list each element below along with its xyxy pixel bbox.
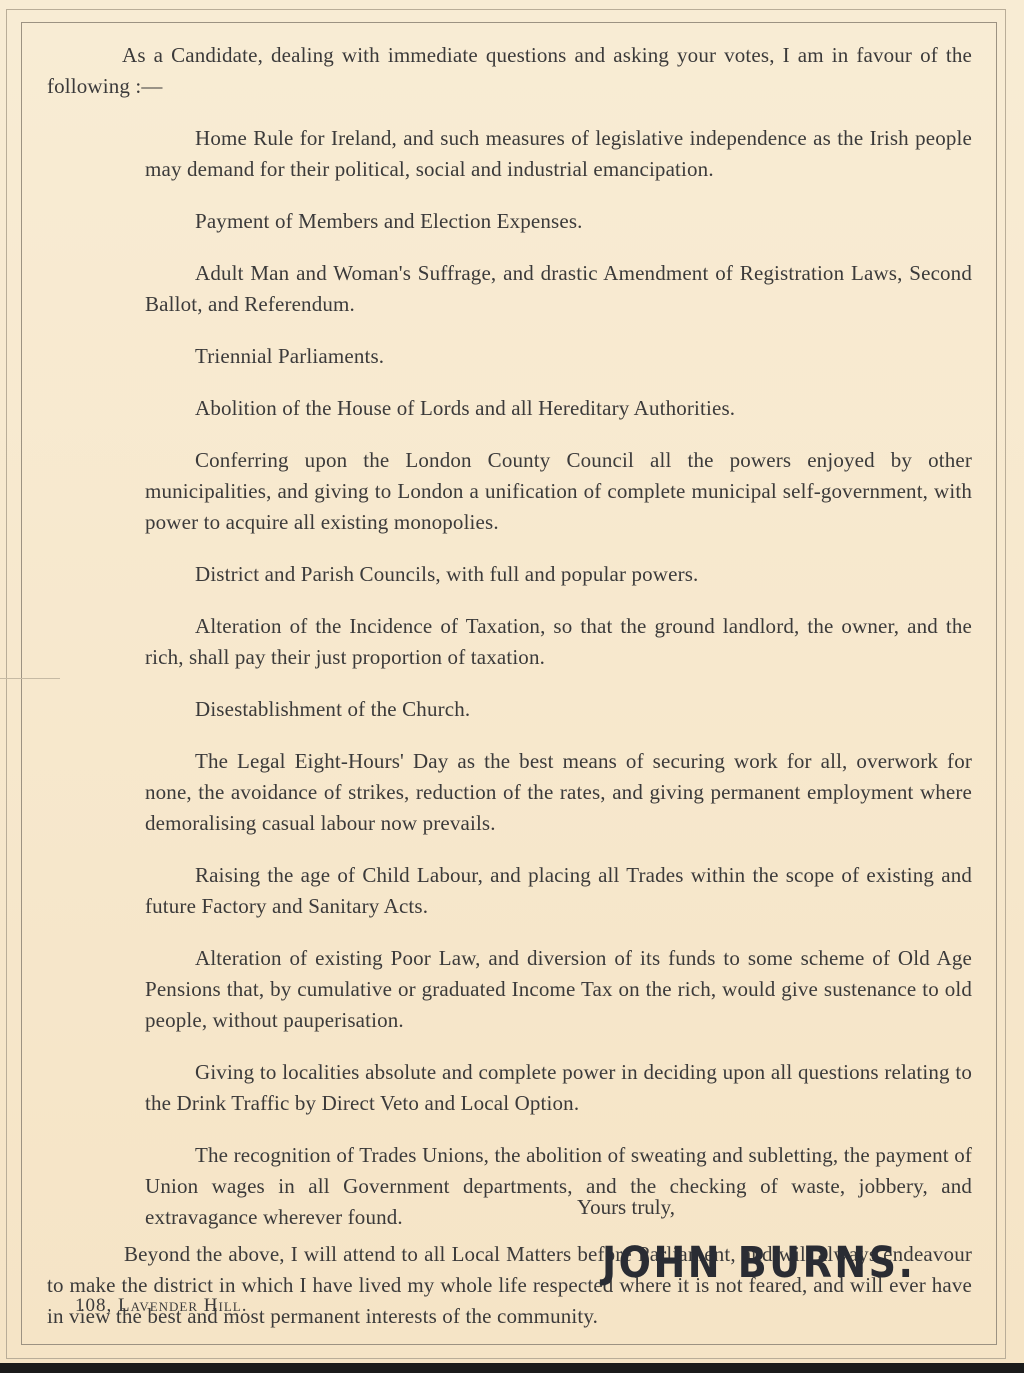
signature-name: JOHN BURNS. [602,1238,915,1287]
valediction: Yours truly, [577,1192,675,1223]
manifesto-body: As a Candidate, dealing with immediate q… [47,40,972,1332]
scan-edge-strip [0,1363,1024,1373]
policy-item-suffrage: Adult Man and Woman's Suffrage, and dras… [145,258,972,320]
policy-item-disestablishment: Disestablishment of the Church. [145,694,972,725]
policy-item-child-labour: Raising the age of Child Labour, and pla… [145,860,972,922]
address-line: 108, Lavender Hill. [75,1292,247,1320]
policy-item-triennial-parliaments: Triennial Parliaments. [145,341,972,372]
intro-paragraph: As a Candidate, dealing with immediate q… [47,40,972,102]
policy-item-district-councils: District and Parish Councils, with full … [145,559,972,590]
policy-item-poor-law: Alteration of existing Poor Law, and div… [145,943,972,1036]
paper-sheet: As a Candidate, dealing with immediate q… [0,0,1024,1363]
policy-item-payment-of-members: Payment of Members and Election Expenses… [145,206,972,237]
policy-item-abolition-lords: Abolition of the House of Lords and all … [145,393,972,424]
policy-item-london-county-council: Conferring upon the London County Counci… [145,445,972,538]
policy-item-trades-unions: The recognition of Trades Unions, the ab… [145,1140,972,1233]
policy-item-taxation: Alteration of the Incidence of Taxation,… [145,611,972,673]
policy-item-home-rule: Home Rule for Ireland, and such measures… [145,123,972,185]
policy-item-drink-traffic: Giving to localities absolute and comple… [145,1057,972,1119]
policy-list: Home Rule for Ireland, and such measures… [47,123,972,1233]
policy-item-eight-hours-day: The Legal Eight-Hours' Day as the best m… [145,746,972,839]
